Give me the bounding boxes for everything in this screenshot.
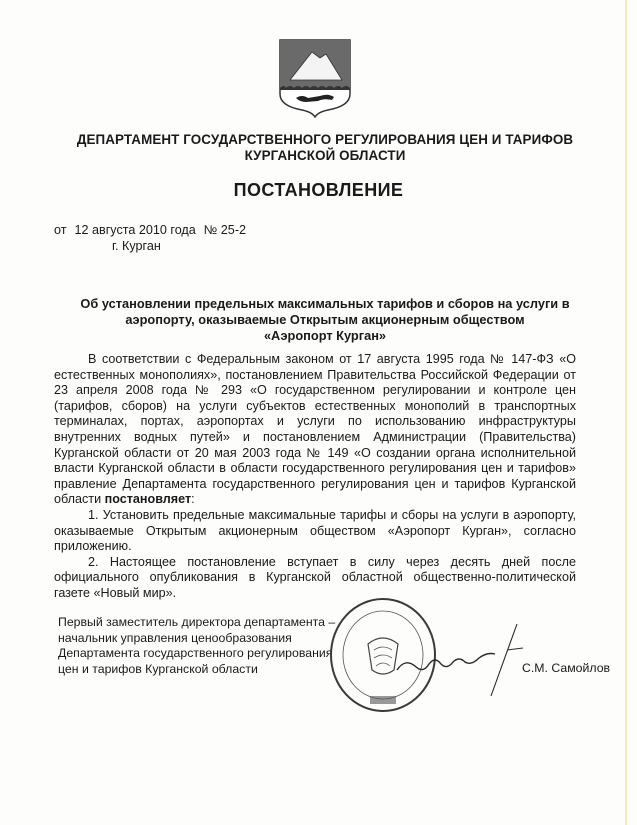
document-body: В соответствии с Федеральным законом от … <box>54 352 576 602</box>
subject-line-3: «Аэропорт Курган» <box>60 328 590 344</box>
resolves-word: постановляет <box>105 492 192 506</box>
document-type-title: ПОСТАНОВЛЕНИЕ <box>0 180 637 201</box>
department-line-2: КУРГАНСКОЙ ОБЛАСТИ <box>60 148 590 164</box>
clause-1: 1. Установить предельные максимальные та… <box>54 508 576 555</box>
signatory-line-3: Департамента государственного регулирова… <box>58 646 335 662</box>
signatory-line-1: Первый заместитель директора департамент… <box>58 615 335 631</box>
signature-icon <box>395 618 525 698</box>
document-city: г. Курган <box>112 239 161 253</box>
preamble-text: В соответствии с Федеральным законом от … <box>54 352 576 506</box>
signatory-line-2: начальник управления ценообразования <box>58 631 335 647</box>
signatory-line-4: цен и тарифов Курганской области <box>58 662 335 678</box>
date-prefix: от <box>54 223 67 237</box>
clause-2: 2. Настоящее постановление вступает в си… <box>54 555 576 602</box>
resolves-colon: : <box>191 492 195 506</box>
subject-line-2: аэропорту, оказываемые Открытым акционер… <box>60 312 590 328</box>
document-number: № 25-2 <box>204 223 246 237</box>
signatory-title: Первый заместитель директора департамент… <box>58 615 335 677</box>
document-subject: Об установлении предельных максимальных … <box>60 296 590 344</box>
preamble-paragraph: В соответствии с Федеральным законом от … <box>54 352 576 508</box>
coat-of-arms-icon <box>276 38 354 118</box>
date-number-line: от12 августа 2010 года№ 25-2 <box>54 223 254 237</box>
signatory-name: С.М. Самойлов <box>522 661 610 675</box>
document-date: 12 августа 2010 года <box>75 223 196 237</box>
subject-line-1: Об установлении предельных максимальных … <box>60 296 590 312</box>
department-header: ДЕПАРТАМЕНТ ГОСУДАРСТВЕННОГО РЕГУЛИРОВАН… <box>60 132 590 164</box>
department-line-1: ДЕПАРТАМЕНТ ГОСУДАРСТВЕННОГО РЕГУЛИРОВАН… <box>60 132 590 148</box>
document-page: ДЕПАРТАМЕНТ ГОСУДАРСТВЕННОГО РЕГУЛИРОВАН… <box>0 0 637 825</box>
scan-edge-strip <box>625 0 627 825</box>
